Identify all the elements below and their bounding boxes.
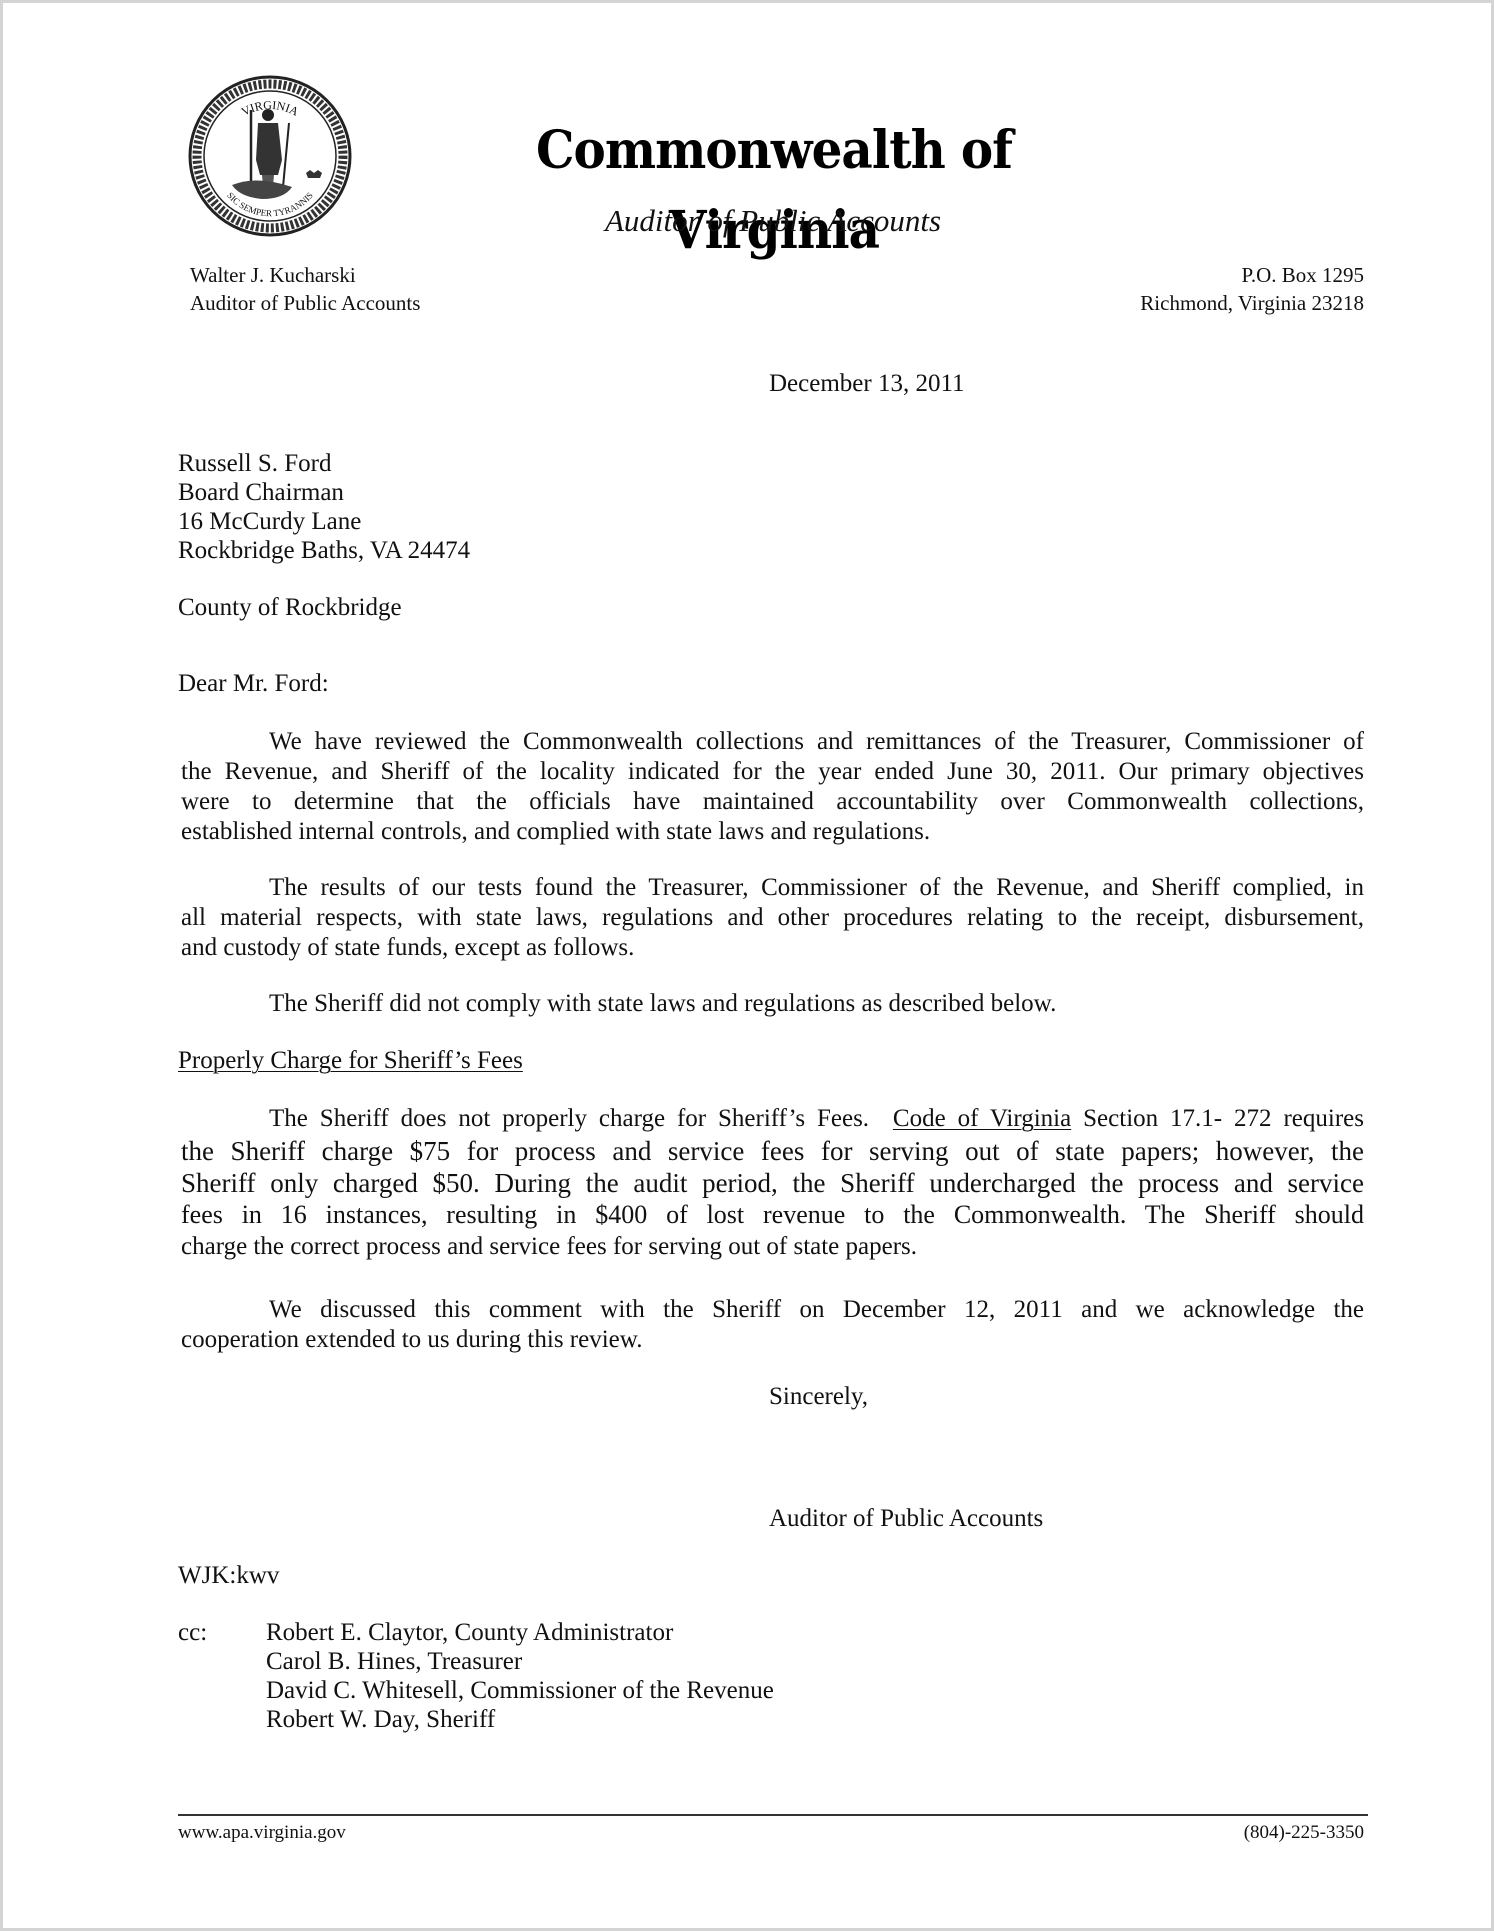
recipient-name: Russell S. Ford: [178, 449, 332, 479]
cc-recipient: David C. Whitesell, Commissioner of the …: [266, 1676, 774, 1706]
footer-website: www.apa.virginia.gov: [178, 1821, 346, 1845]
letterhead-auditor-name: Walter J. Kucharski: [190, 261, 356, 289]
salutation: Dear Mr. Ford:: [178, 669, 329, 699]
initials: WJK:kwv: [178, 1561, 279, 1591]
letterhead-po-box: P.O. Box 1295: [1241, 261, 1364, 289]
recipient-locality: County of Rockbridge: [178, 593, 402, 623]
letter-date: December 13, 2011: [769, 369, 965, 399]
signature: Auditor of Public Accounts: [769, 1504, 1043, 1534]
paragraph-4: The Sheriff does not properly charge for…: [181, 1103, 1364, 1263]
recipient-city: Rockbridge Baths, VA 24474: [178, 536, 470, 566]
footer-phone: (804)-225-3350: [1244, 1821, 1364, 1845]
paragraph-1: We have reviewed the Commonwealth collec…: [181, 727, 1364, 847]
footer-divider: [178, 1814, 1368, 1816]
cc-recipient: Robert E. Claytor, County Administrator: [266, 1618, 673, 1648]
cc-recipient: Robert W. Day, Sheriff: [266, 1705, 495, 1735]
letterhead-city: Richmond, Virginia 23218: [1140, 289, 1364, 317]
paragraph-2: The results of our tests found the Treas…: [181, 873, 1364, 963]
letter-page: VIRGINIA SIC SEMPER TYRANNIS Commonwealt…: [3, 3, 1491, 1928]
recipient-street: 16 McCurdy Lane: [178, 507, 361, 537]
recipient-title: Board Chairman: [178, 478, 344, 508]
closing: Sincerely,: [769, 1382, 868, 1412]
letterhead-auditor-title: Auditor of Public Accounts: [190, 289, 420, 317]
virginia-seal-icon: VIRGINIA SIC SEMPER TYRANNIS: [188, 75, 352, 237]
cc-label: cc:: [178, 1618, 207, 1648]
paragraph-3: The Sheriff did not comply with state la…: [269, 989, 1056, 1019]
code-of-virginia-reference: Code of Virginia: [893, 1105, 1071, 1132]
cc-recipient: Carol B. Hines, Treasurer: [266, 1647, 522, 1677]
paragraph-5: We discussed this comment with the Sheri…: [181, 1295, 1364, 1355]
finding-heading: Properly Charge for Sheriff’s Fees: [178, 1046, 523, 1076]
letterhead-subtitle: Auditor of Public Accounts: [563, 201, 983, 241]
letterhead-title: Commonwealth of Virginia: [480, 111, 1068, 271]
